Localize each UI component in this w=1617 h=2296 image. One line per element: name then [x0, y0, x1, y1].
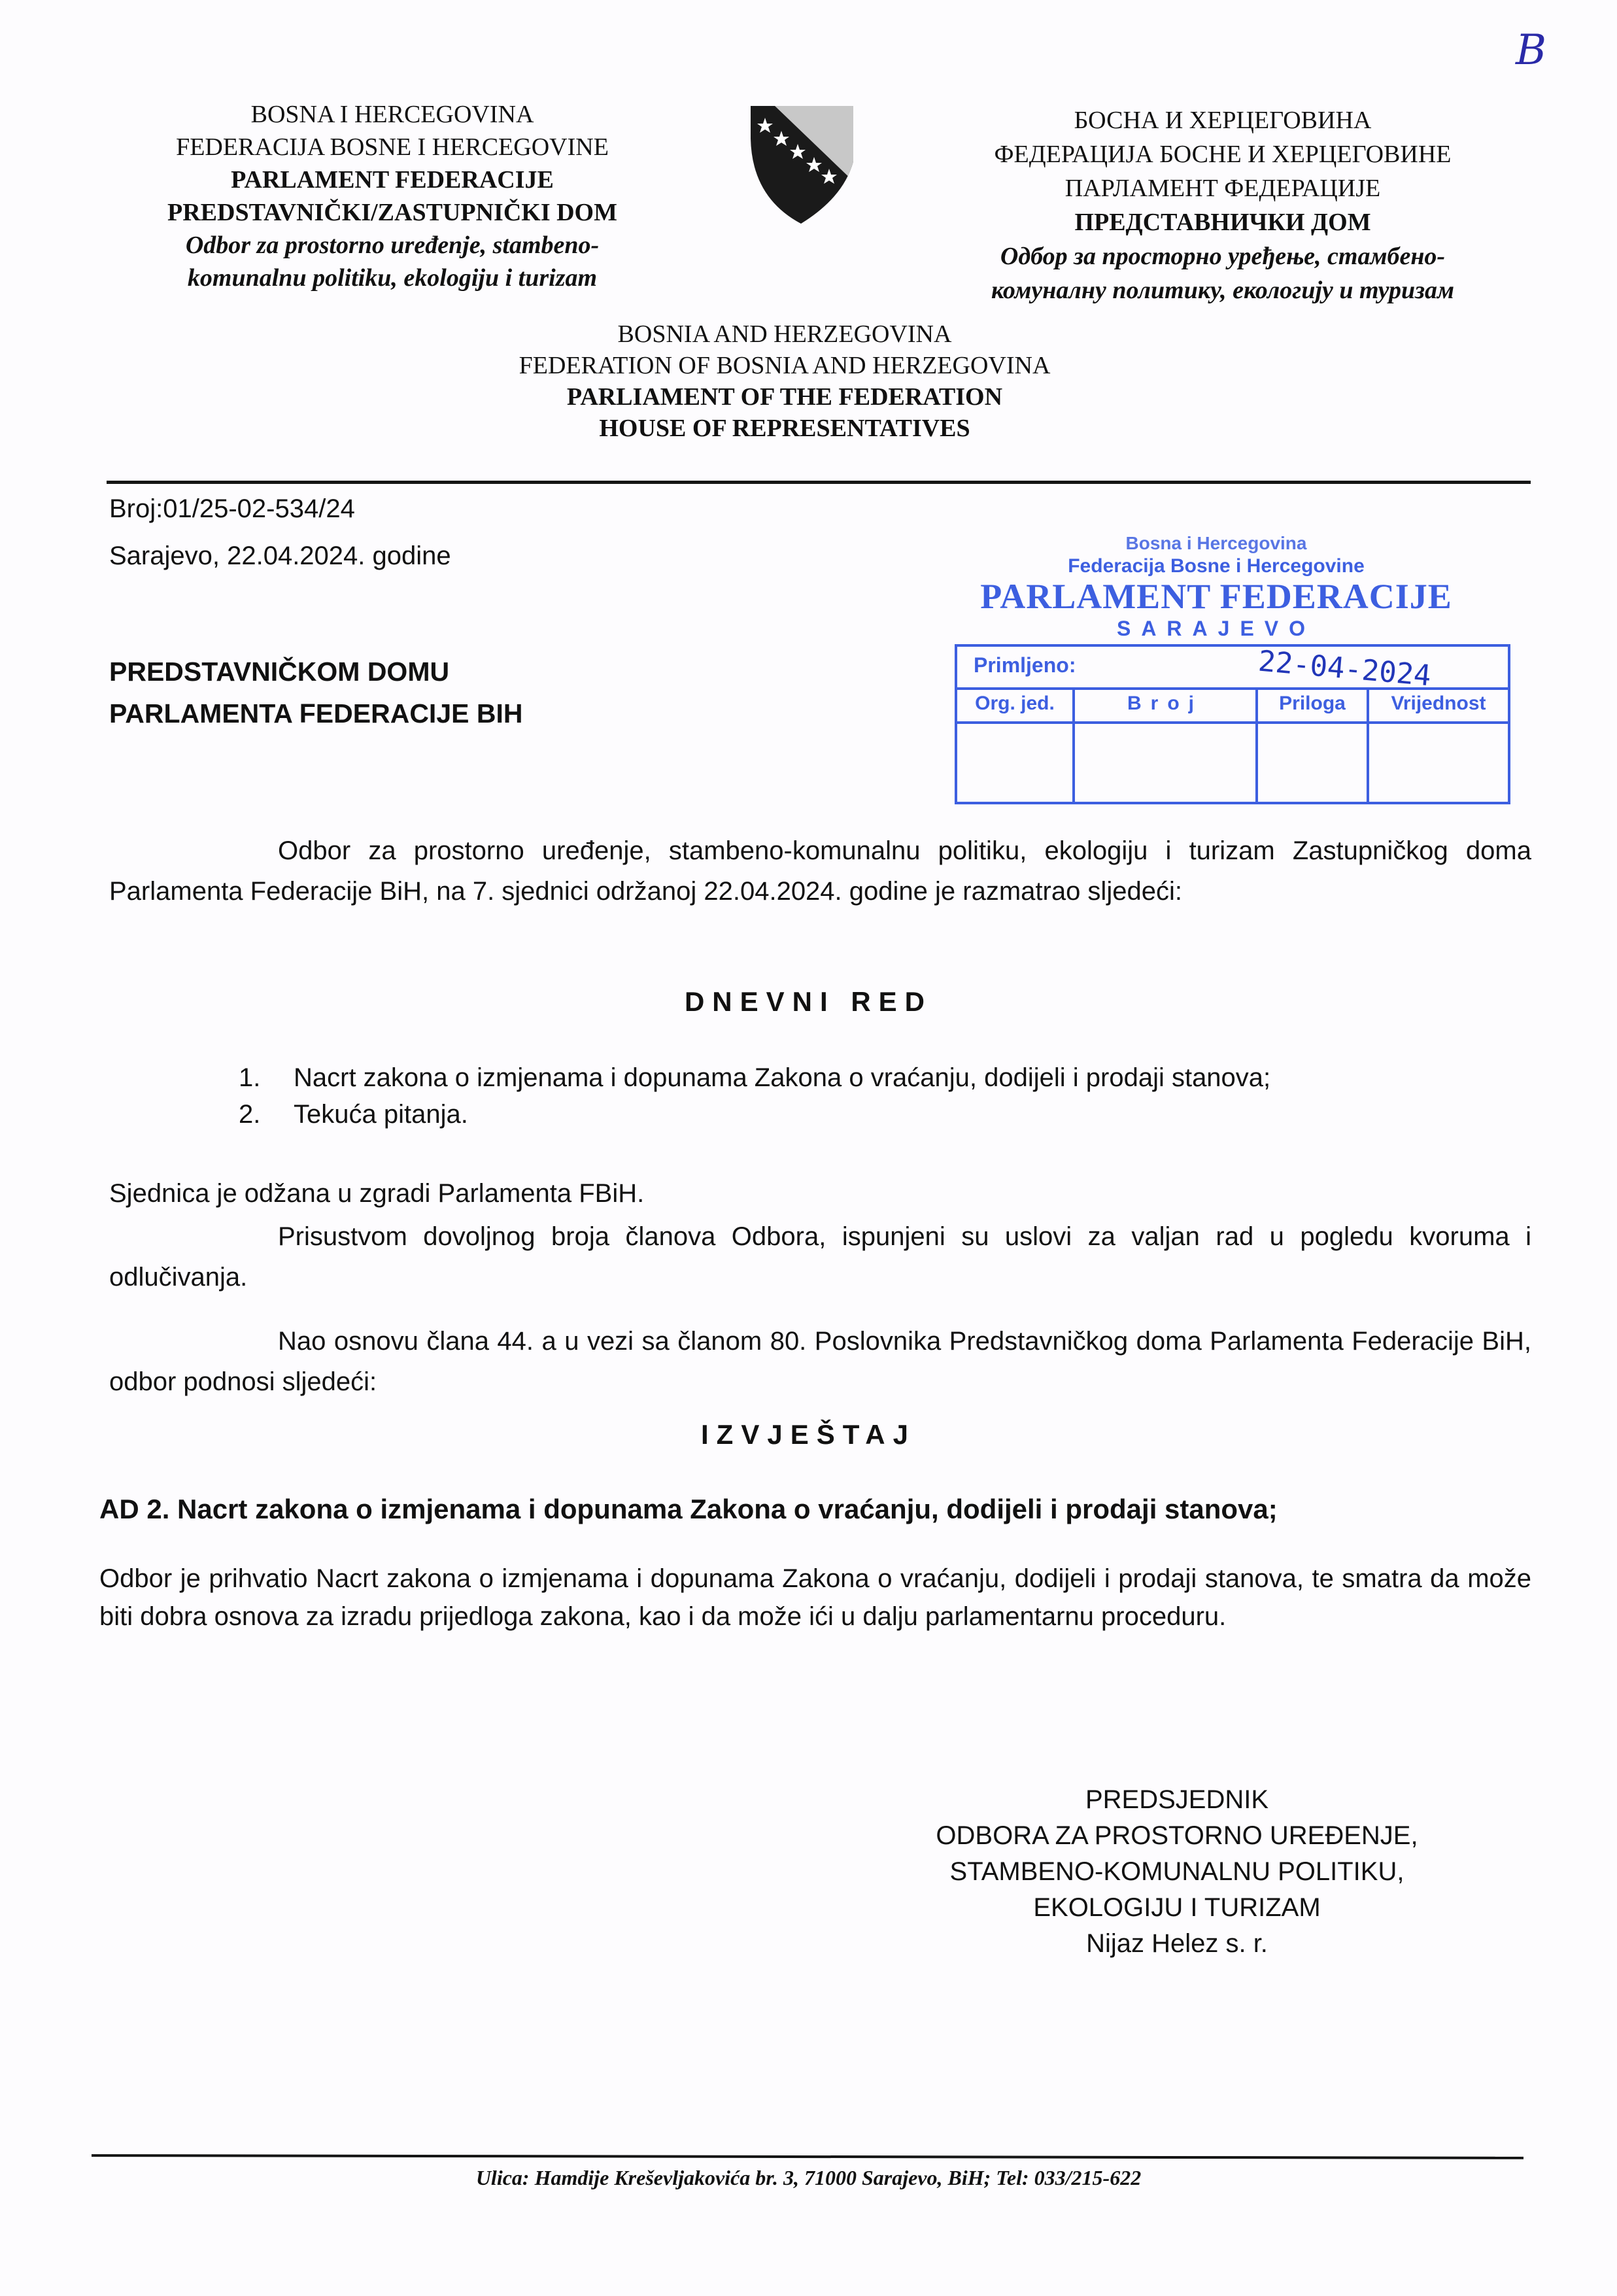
coat-of-arms-icon	[745, 99, 857, 230]
recipient-line: PARLAMENTA FEDERACIJE BIH	[109, 693, 522, 734]
header-left-line: PREDSTAVNIČKI/ZASTUPNIČKI DOM	[98, 196, 687, 229]
document-place-date: Sarajevo, 22.04.2024. godine	[109, 532, 451, 579]
header-right-cyrillic: БОСНА И ХЕРЦЕГОВИНА ФЕДЕРАЦИЈА БОСНЕ И Х…	[928, 103, 1517, 307]
header-divider	[107, 481, 1531, 484]
stamp-body-row	[957, 721, 1508, 802]
stamp-line: Federacija Bosne i Hercegovine	[942, 555, 1491, 577]
signature-block: PREDSJEDNIK ODBORA ZA PROSTORNO UREĐENJE…	[850, 1782, 1504, 1962]
recipient: PREDSTAVNIČKOM DOMU PARLAMENTA FEDERACIJ…	[109, 651, 522, 734]
footer-address: Ulica: Hamdije Kreševljakovića br. 3, 71…	[0, 2166, 1617, 2190]
agenda-item-heading: AD 2. Nacrt zakona o izmjenama i dopunam…	[99, 1494, 1278, 1525]
stamp-divider	[1367, 721, 1369, 802]
stamp-city: SARAJEVO	[942, 617, 1491, 641]
document-number: Broj:01/25-02-534/24	[109, 485, 451, 532]
header-center-line: PARLIAMENT OF THE FEDERATION	[458, 381, 1112, 413]
header-left-line: BOSNA I HERCEGOVINA	[98, 98, 687, 131]
stamp-col-vrijednost: Vrijednost	[1369, 687, 1508, 721]
stamp-received-date: 22-04-2024	[1257, 645, 1432, 693]
handwritten-mark: B	[1516, 26, 1555, 72]
quorum-paragraph: Prisustvom dovoljnog broja članova Odbor…	[109, 1216, 1531, 1297]
stamp-received-row: Primljeno: 22-04-2024	[957, 647, 1508, 690]
stamp-col-priloga: Priloga	[1258, 687, 1369, 721]
document-meta: Broj:01/25-02-534/24 Sarajevo, 22.04.202…	[109, 485, 451, 579]
agenda-list: 1.Nacrt zakona o izmjenama i dopunama Za…	[239, 1059, 1270, 1133]
agenda-item-text: Tekuća pitanja.	[294, 1100, 468, 1129]
stamp-divider	[1255, 721, 1258, 802]
signature-line: PREDSJEDNIK	[850, 1782, 1504, 1818]
legal-basis-paragraph: Nao osnovu člana 44. a u vezi sa članom …	[109, 1321, 1531, 1402]
header-right-line: БОСНА И ХЕРЦЕГОВИНА	[928, 103, 1517, 137]
agenda-item: 1.Nacrt zakona o izmjenama i dopunama Za…	[239, 1059, 1270, 1096]
header-left-line: FEDERACIJA BOSNE I HERCEGOVINE	[98, 131, 687, 163]
stamp-title: PARLAMENT FEDERACIJE	[942, 576, 1491, 617]
stamp-header-row: Org. jed. Broj Priloga Vrijednost	[957, 687, 1508, 724]
header-left-line: Odbor za prostorno uređenje, stambeno-	[98, 229, 687, 262]
stamp-table: Primljeno: 22-04-2024 Org. jed. Broj Pri…	[955, 644, 1510, 804]
agenda-item-number: 1.	[239, 1059, 294, 1096]
session-location: Sjednica je odžana u zgradi Parlamenta F…	[109, 1173, 1531, 1214]
recipient-line: PREDSTAVNIČKOM DOMU	[109, 651, 522, 693]
signature-line: STAMBENO-KOMUNALNU POLITIKU,	[850, 1854, 1504, 1890]
signature-line: ODBORA ZA PROSTORNO UREĐENJE,	[850, 1818, 1504, 1854]
footer-divider	[92, 2154, 1523, 2159]
header-right-line: ПРЕДСТАВНИЧКИ ДОМ	[928, 205, 1517, 239]
header-right-line: ПАРЛАМЕНТ ФЕДЕРАЦИЈЕ	[928, 171, 1517, 205]
header-right-line: ФЕДЕРАЦИЈА БОСНЕ И ХЕРЦЕГОВИНЕ	[928, 137, 1517, 171]
header-center-line: BOSNIA AND HERZEGOVINA	[458, 318, 1112, 350]
header-center-english: BOSNIA AND HERZEGOVINA FEDERATION OF BOS…	[458, 318, 1112, 444]
stamp-line: Bosna i Hercegovina	[942, 533, 1491, 554]
intro-paragraph: Odbor za prostorno uređenje, stambeno-ko…	[109, 831, 1531, 912]
stamp-divider	[1072, 721, 1075, 802]
report-title: IZVJEŠTAJ	[0, 1419, 1617, 1450]
header-center-line: HOUSE OF REPRESENTATIVES	[458, 413, 1112, 444]
header-right-line: Одбор за просторно уређење, стамбено-	[928, 239, 1517, 273]
header-left-line: komunalnu politiku, ekologiju i turizam	[98, 262, 687, 294]
agenda-item: 2.Tekuća pitanja.	[239, 1096, 1270, 1133]
header-right-line: комуналну политику, екологију и туризам	[928, 273, 1517, 307]
header-left-latin: BOSNA I HERCEGOVINA FEDERACIJA BOSNE I H…	[98, 98, 687, 294]
stamp-received-label: Primljeno:	[974, 653, 1076, 677]
signature-line: EKOLOGIJU I TURIZAM	[850, 1890, 1504, 1926]
header-left-line: PARLAMENT FEDERACIJE	[98, 163, 687, 196]
agenda-title: DNEVNI RED	[0, 986, 1617, 1018]
stamp-col-org: Org. jed.	[957, 687, 1075, 721]
agenda-item-text: Nacrt zakona o izmjenama i dopunama Zako…	[294, 1063, 1270, 1092]
conclusion-paragraph: Odbor je prihvatio Nacrt zakona o izmjen…	[99, 1560, 1531, 1636]
signatory-name: Nijaz Helez s. r.	[850, 1926, 1504, 1962]
header-center-line: FEDERATION OF BOSNIA AND HERZEGOVINA	[458, 350, 1112, 381]
received-stamp: Bosna i Hercegovina Federacija Bosne i H…	[942, 533, 1517, 808]
stamp-col-broj: Broj	[1075, 687, 1258, 721]
agenda-item-number: 2.	[239, 1096, 294, 1133]
